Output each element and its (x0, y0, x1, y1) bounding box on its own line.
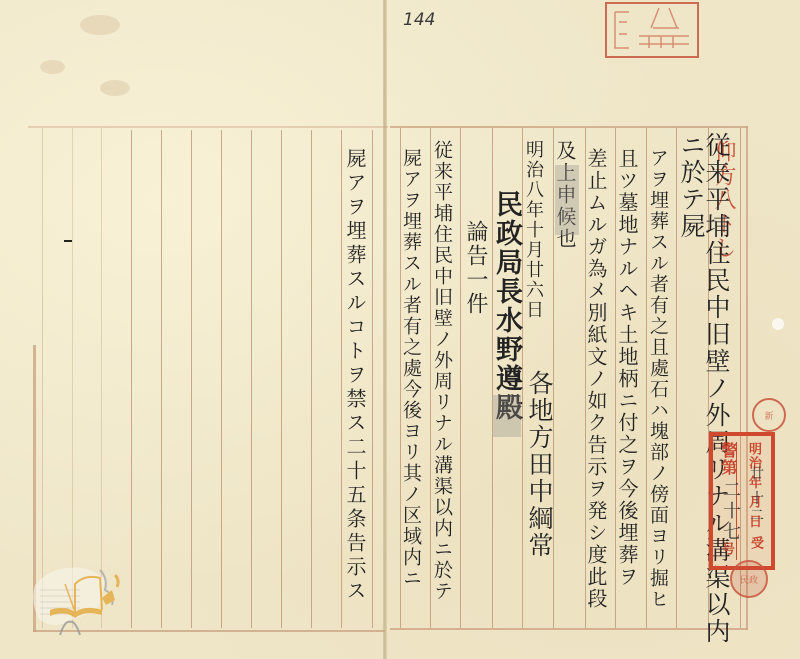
erasure-mark (555, 165, 579, 235)
column-rule (341, 130, 342, 628)
gray-seal (493, 395, 521, 437)
stamp-left-label: 警第 (717, 442, 740, 476)
column-rule (281, 130, 282, 628)
stamp-number: 二十七 (717, 480, 743, 543)
paper-stain (40, 60, 65, 74)
text-column-10: 屍アヲ埋葬スル者有之處今後ヨリ其ノ区域内ニ (401, 148, 420, 589)
archive-watermark-logo (20, 560, 130, 645)
text-column-9: 従来平埔住民中旧壁ノ外周リナル溝渠以内ニ於テ (432, 140, 451, 602)
text-column-4: 差止ムルガ為メ別紙文ノ如ク告示ヲ発シ度此段 (586, 148, 606, 610)
column-rule (460, 128, 461, 628)
registry-stamp: 警第 二十七 号 明治 年 月 日 廿 十二 受 (709, 432, 775, 570)
frame-top-left (28, 126, 388, 128)
column-rule (72, 128, 73, 628)
stamp-receipt: 受 (746, 536, 765, 550)
column-rule (42, 128, 43, 628)
column-rule (311, 130, 312, 628)
text-column-date: 明治八年十月廿六日 (524, 140, 542, 320)
stamp-suffix: 号 (717, 542, 736, 556)
book-gutter (383, 0, 387, 659)
text-column-1: 従来平埔住民中旧壁ノ外周リナル溝渠以内ニ於テ屍 (679, 132, 729, 659)
manuscript-page: 144 仰方八トし 従来平埔住民中旧壁 (0, 0, 800, 659)
addressee: 民政局長水野遵殿 (493, 190, 520, 422)
text-column-11: 屍アヲ埋葬スルコトヲ禁ス二十五条告示ス (345, 148, 365, 604)
stamp-date-handwritten: 廿 十二 (746, 466, 766, 524)
sender-name: 各地方田中綱常 (527, 370, 552, 559)
round-seal-top: 新 (752, 398, 786, 432)
column-rule (161, 130, 162, 628)
text-column-title: 論告一件 (464, 220, 486, 316)
column-rule (191, 130, 192, 628)
frame-top-right (390, 126, 748, 128)
paper-stain (80, 15, 120, 35)
column-rule (101, 128, 102, 628)
binding-hole (772, 318, 784, 330)
column-rule (221, 130, 222, 628)
text-column-2: アヲ埋葬スル者有之且處石ハ塊部ノ傍面ヨリ掘ヒ (648, 148, 667, 610)
column-rule (131, 130, 132, 628)
page-number: 144 (403, 10, 435, 30)
column-rule (251, 130, 252, 628)
ink-tick-mark (64, 240, 72, 242)
column-rule (372, 130, 373, 628)
seal-glyph-icon (609, 6, 695, 54)
paper-stain (100, 80, 130, 96)
round-seal-bottom: 民政 (730, 560, 768, 598)
book-island-logo-icon (20, 560, 130, 645)
text-column-3: 且ツ墓地ナルヘキ土地柄ニ付之ヲ今後埋葬ヲ (617, 148, 637, 588)
library-seal (605, 2, 699, 58)
